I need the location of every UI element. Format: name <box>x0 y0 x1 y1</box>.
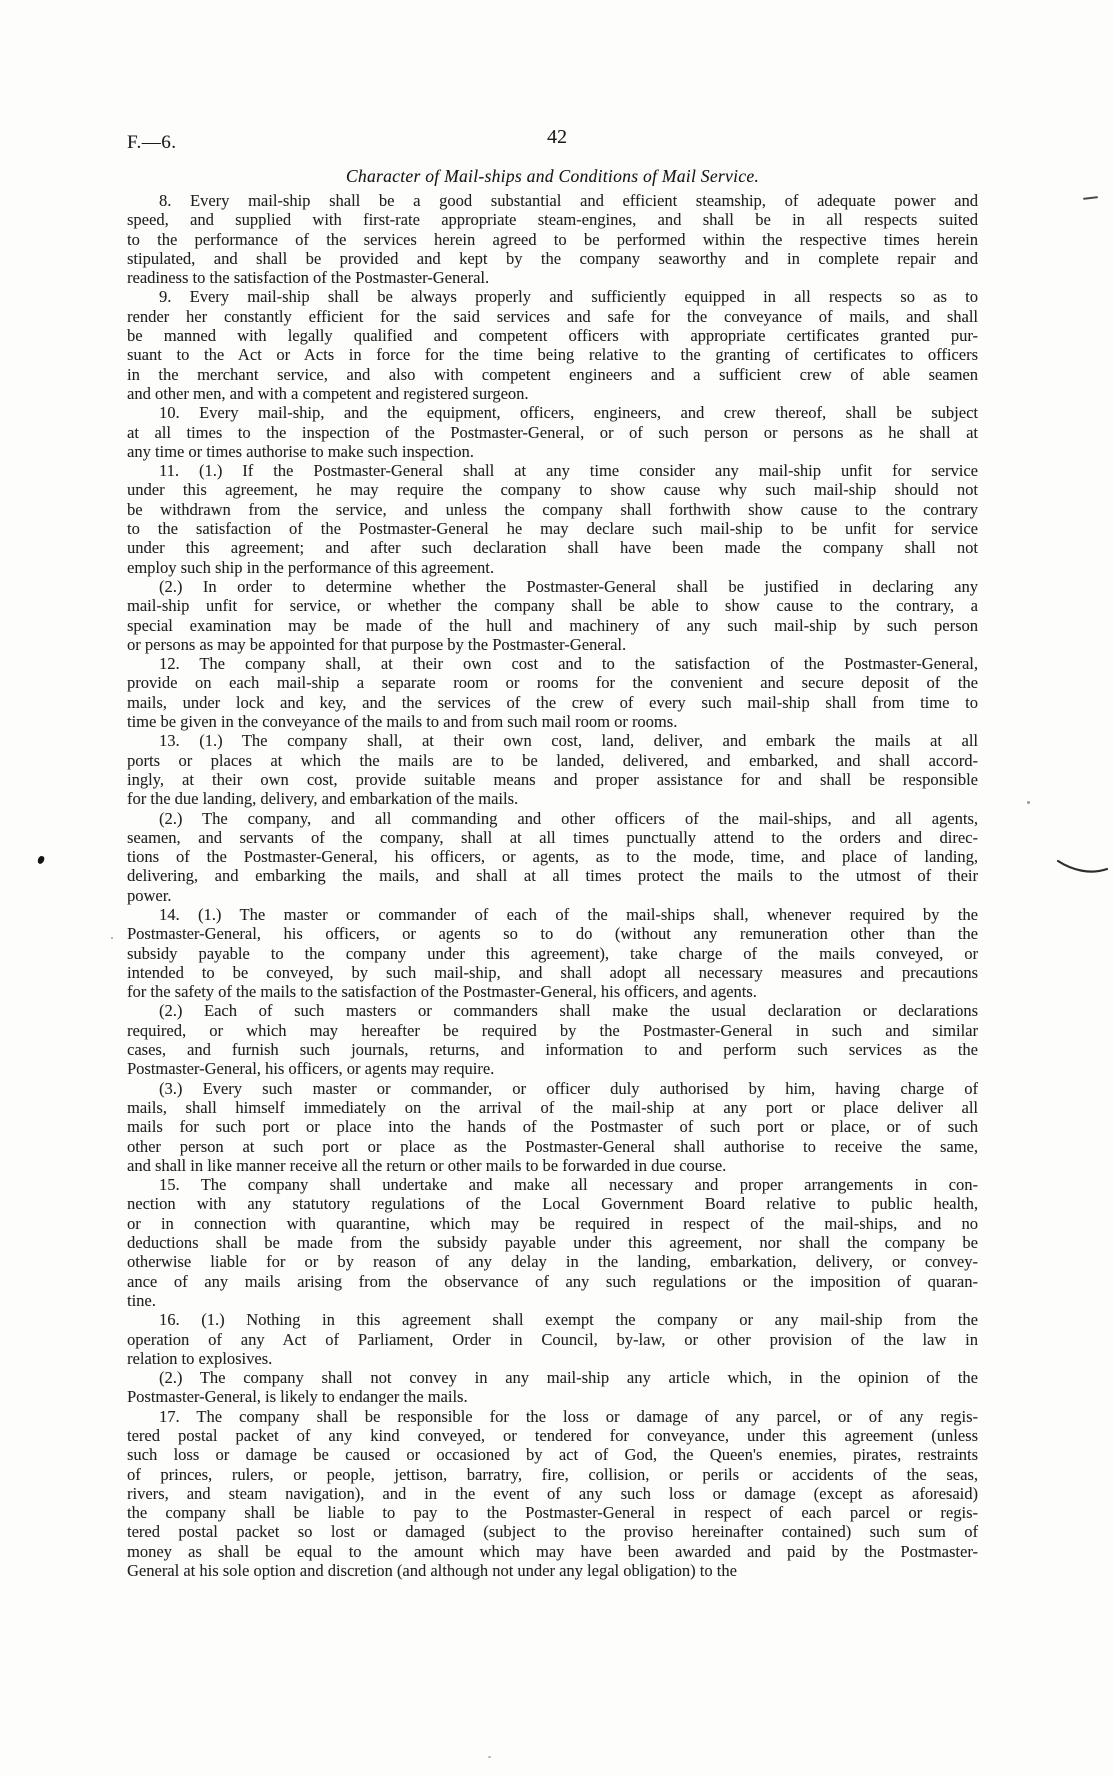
text-line-p10-1: 10. Every mail-ship, and the equipment, … <box>127 403 978 422</box>
text-line-p17-6: the company shall be liable to pay to th… <box>127 1503 978 1522</box>
text-line-p17-8: money as shall be equal to the amount wh… <box>127 1542 978 1561</box>
text-line-p9-4: suant to the Act or Acts in force for th… <box>127 345 978 364</box>
text-line-p14.2-3: cases, and furnish such journals, return… <box>127 1040 978 1059</box>
text-line-p13.1-4: for the due landing, delivery, and embar… <box>127 789 978 808</box>
ink-speck <box>1027 801 1030 804</box>
text-line-p14.2-2: required, or which may hereafter be requ… <box>127 1021 978 1040</box>
text-line-p14.3-5: and shall in like manner receive all the… <box>127 1156 978 1175</box>
text-line-p16.1-1: 16. (1.) Nothing in this agreement shall… <box>127 1310 978 1329</box>
text-line-p13.1-3: ingly, at their own cost, provide suitab… <box>127 770 978 789</box>
text-line-p11.1-1: 11. (1.) If the Postmaster-General shall… <box>127 461 978 480</box>
text-line-p15-3: or in connection with quarantine, which … <box>127 1214 978 1233</box>
text-line-p13.2-4: delivering, and embarking the mails, and… <box>127 866 978 885</box>
text-line-p15-6: ance of any mails arising from the obser… <box>127 1272 978 1291</box>
text-line-p14.3-4: other person at such port or place as th… <box>127 1137 978 1156</box>
text-line-p16.1-3: relation to explosives. <box>127 1349 978 1368</box>
text-line-p13.2-3: tions of the Postmaster-General, his off… <box>127 847 978 866</box>
text-line-p12-1: 12. The company shall, at their own cost… <box>127 654 978 673</box>
text-line-p16.2-1: (2.) The company shall not convey in any… <box>127 1368 978 1387</box>
pen-tick-mark <box>1056 858 1110 878</box>
text-line-p15-5: otherwise liable for or by reason of any… <box>127 1252 978 1271</box>
text-line-p17-7: tered postal packet so lost or damaged (… <box>127 1522 978 1541</box>
text-line-p14.3-1: (3.) Every such master or commander, or … <box>127 1079 978 1098</box>
text-line-p17-3: such loss or damage be caused or occasio… <box>127 1445 978 1464</box>
text-line-p9-5: in the merchant service, and also with c… <box>127 365 978 384</box>
text-line-p9-3: be manned with legally qualified and com… <box>127 326 978 345</box>
text-line-p9-2: render her constantly efficient for the … <box>127 307 978 326</box>
text-line-p10-2: at all times to the inspection of the Po… <box>127 423 978 442</box>
text-line-p14.1-2: Postmaster-General, his officers, or age… <box>127 924 978 943</box>
text-line-p14.2-4: Postmaster-General, his officers, or age… <box>127 1059 978 1078</box>
text-line-p13.2-1: (2.) The company, and all commanding and… <box>127 809 978 828</box>
text-line-p14.1-1: 14. (1.) The master or commander of each… <box>127 905 978 924</box>
text-line-p8-4: stipulated, and shall be provided and ke… <box>127 249 978 268</box>
text-line-p15-1: 15. The company shall undertake and make… <box>127 1175 978 1194</box>
text-line-p13.1-2: ports or places at which the mails are t… <box>127 751 978 770</box>
text-line-p13.2-2: seamen, and servants of the company, sha… <box>127 828 978 847</box>
page-number: 42 <box>0 126 1114 149</box>
text-line-p11.1-4: to the satisfaction of the Postmaster-Ge… <box>127 519 978 538</box>
ink-speck <box>488 1756 491 1758</box>
text-line-p15-4: deductions shall be made from the subsid… <box>127 1233 978 1252</box>
text-line-p11.2-2: mail-ship unfit for service, or whether … <box>127 596 978 615</box>
text-line-p14.3-2: mails, shall himself immediately on the … <box>127 1098 978 1117</box>
text-line-p8-1: 8. Every mail-ship shall be a good subst… <box>127 191 978 210</box>
text-line-p11.2-3: special examination may be made of the h… <box>127 616 978 635</box>
text-line-p11.1-6: employ such ship in the performance of t… <box>127 558 978 577</box>
text-line-p10-3: any time or times authorise to make such… <box>127 442 978 461</box>
text-line-p13.1-1: 13. (1.) The company shall, at their own… <box>127 731 978 750</box>
text-line-p15-2: nection with any statutory regulations o… <box>127 1194 978 1213</box>
text-line-p12-3: mails, under lock and key, and the servi… <box>127 693 978 712</box>
ink-mark <box>1083 196 1098 200</box>
ink-blot <box>37 855 45 864</box>
text-line-p9-6: and other men, and with a competent and … <box>127 384 978 403</box>
text-line-p16.1-2: operation of any Act of Parliament, Orde… <box>127 1330 978 1349</box>
text-line-p17-4: of princes, rulers, or people, jettison,… <box>127 1465 978 1484</box>
text-line-p8-3: to the performance of the services herei… <box>127 230 978 249</box>
text-line-p17-1: 17. The company shall be responsible for… <box>127 1407 978 1426</box>
page-title: Character of Mail-ships and Conditions o… <box>127 166 978 187</box>
text-line-p14.1-5: for the safety of the mails to the satis… <box>127 982 978 1001</box>
text-line-p17-9: General at his sole option and discretio… <box>127 1561 978 1580</box>
text-line-p11.2-4: or persons as may be appointed for that … <box>127 635 978 654</box>
document-body: 8. Every mail-ship shall be a good subst… <box>127 191 978 1580</box>
ink-speck <box>111 937 113 939</box>
text-line-p14.1-4: intended to be conveyed, by such mail-sh… <box>127 963 978 982</box>
text-line-p16.2-2: Postmaster-General, is likely to endange… <box>127 1387 978 1406</box>
text-line-p8-2: speed, and supplied with first-rate appr… <box>127 210 978 229</box>
text-line-p12-4: time be given in the conveyance of the m… <box>127 712 978 731</box>
text-line-p15-7: tine. <box>127 1291 978 1310</box>
text-line-p14.1-3: subsidy payable to the company under thi… <box>127 944 978 963</box>
text-line-p11.2-1: (2.) In order to determine whether the P… <box>127 577 978 596</box>
text-line-p11.1-3: be withdrawn from the service, and unles… <box>127 500 978 519</box>
text-line-p17-2: tered postal packet of any kind conveyed… <box>127 1426 978 1445</box>
text-line-p14.2-1: (2.) Each of such masters or commanders … <box>127 1001 978 1020</box>
text-line-p12-2: provide on each mail-ship a separate roo… <box>127 673 978 692</box>
text-line-p11.1-2: under this agreement, he may require the… <box>127 480 978 499</box>
text-line-p9-1: 9. Every mail-ship shall be always prope… <box>127 287 978 306</box>
text-line-p17-5: rivers, and steam navigation), and in th… <box>127 1484 978 1503</box>
document-page: F.—6. 42 Character of Mail-ships and Con… <box>0 0 1114 1775</box>
text-line-p13.2-5: power. <box>127 886 978 905</box>
text-line-p8-5: readiness to the satisfaction of the Pos… <box>127 268 978 287</box>
text-line-p14.3-3: mails for such port or place into the ha… <box>127 1117 978 1136</box>
text-line-p11.1-5: under this agreement; and after such dec… <box>127 538 978 557</box>
